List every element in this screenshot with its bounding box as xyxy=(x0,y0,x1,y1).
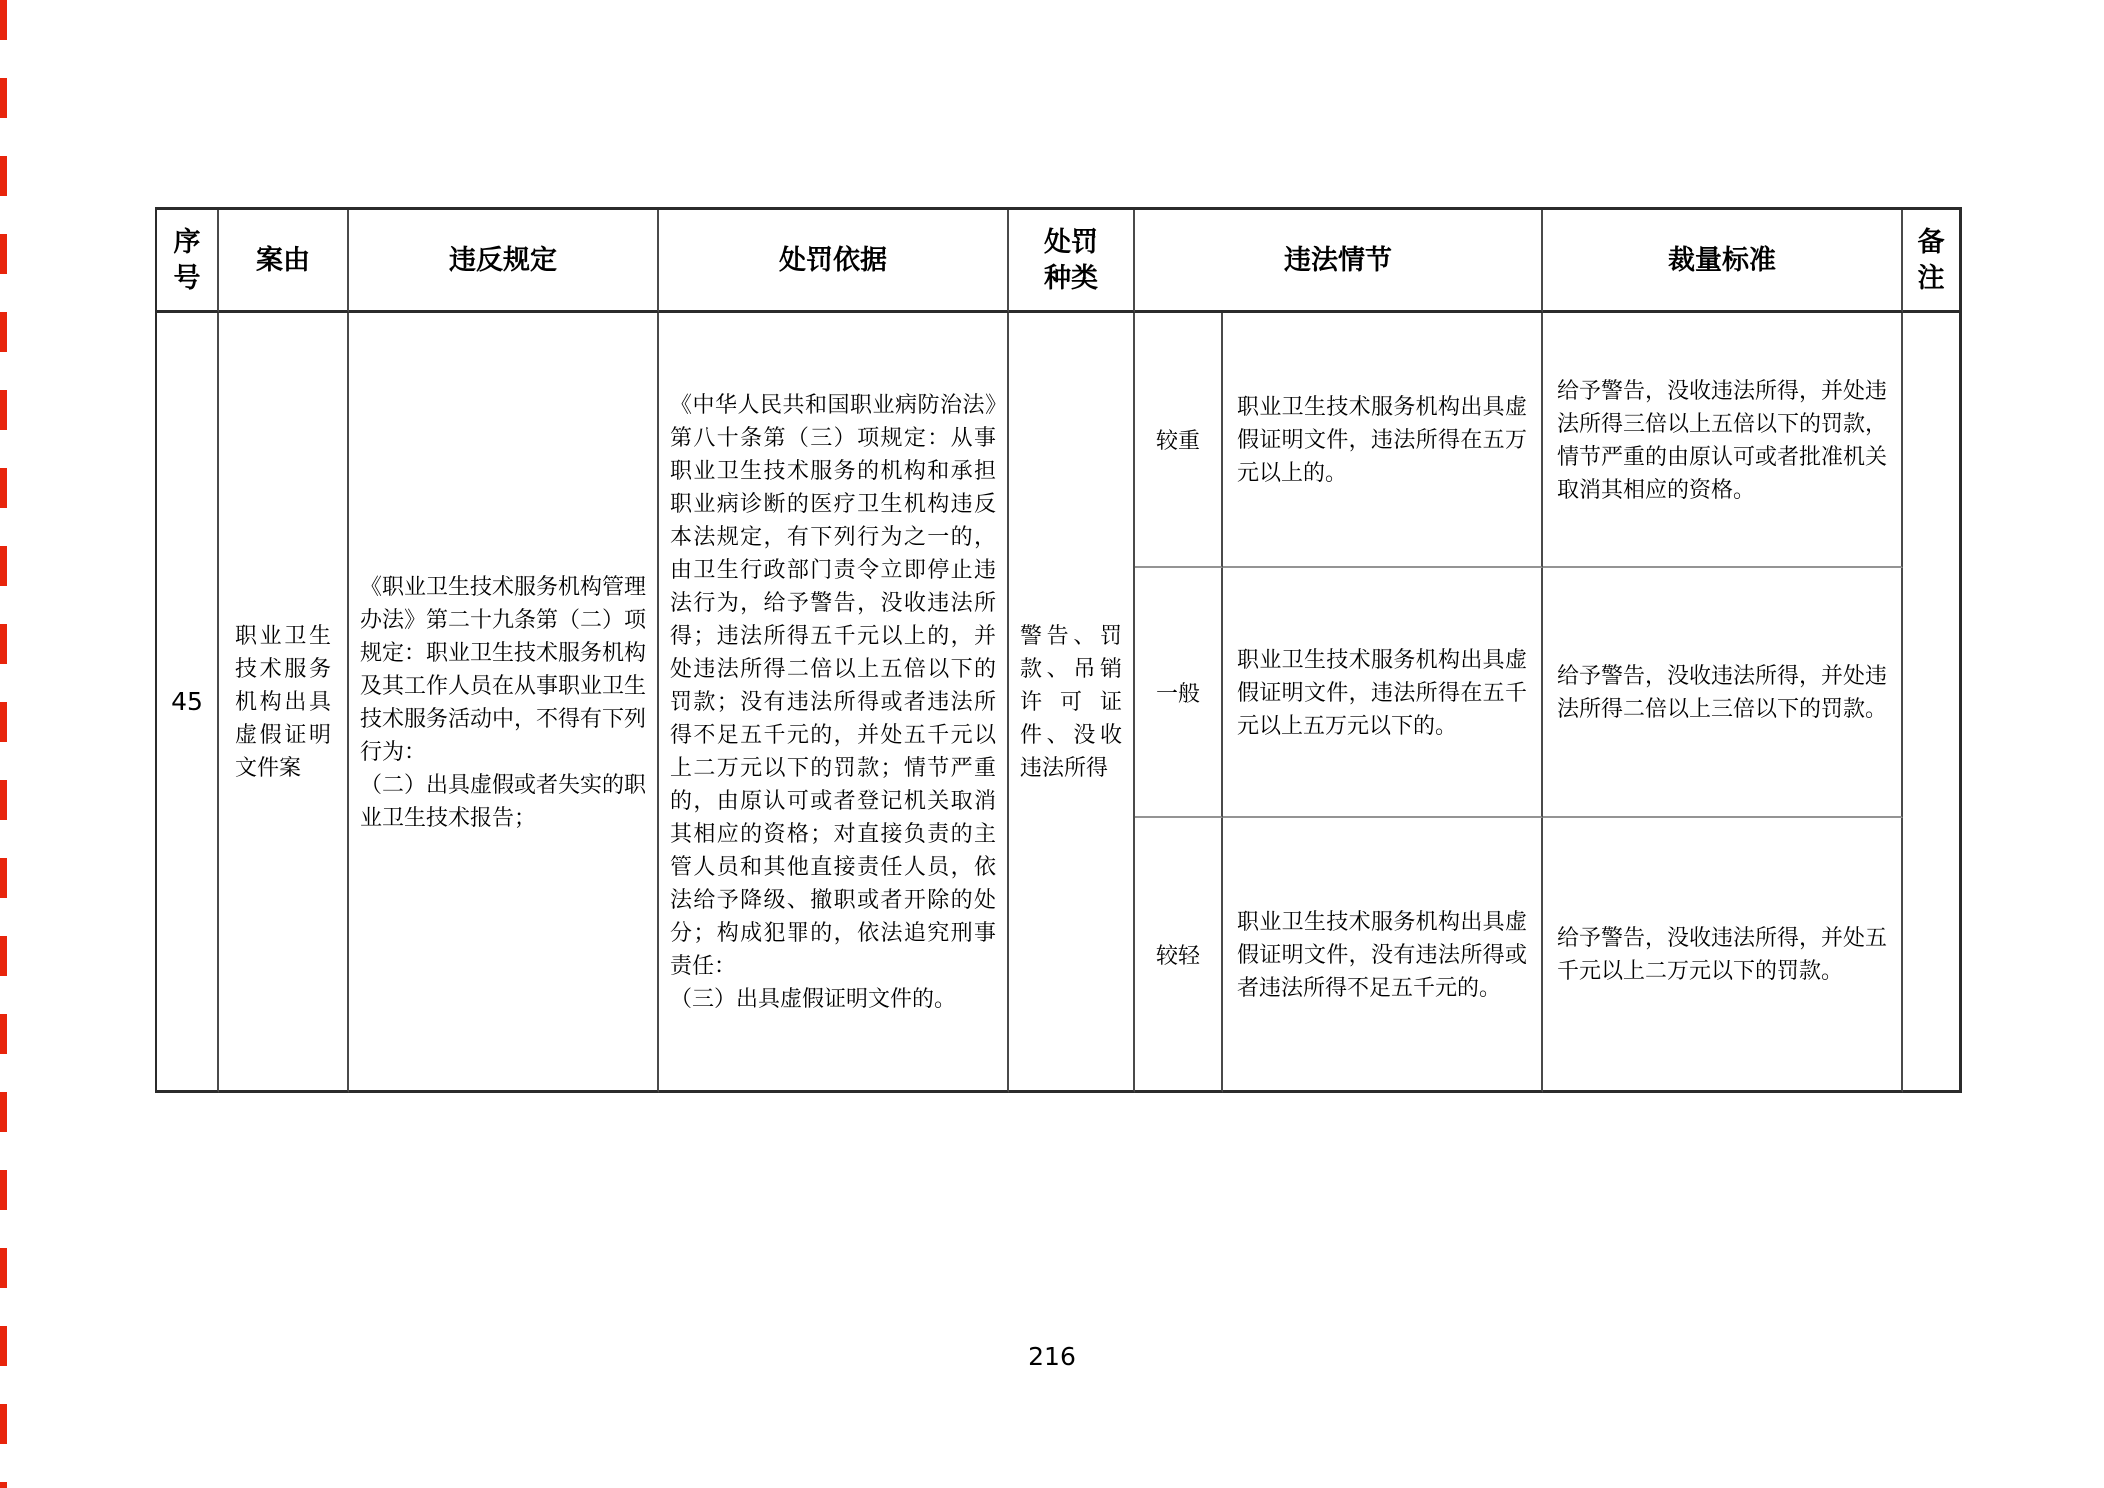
penalty-types-text: 警告、罚款、吊销许可证件、没收违法所得 xyxy=(1020,619,1122,784)
header-discretion-standard: 裁量标准 xyxy=(1543,210,1903,313)
cell-circumstance-1: 职业卫生技术服务机构出具虚假证明文件，违法所得在五千元以上五万元以下的。 xyxy=(1223,568,1543,818)
header-penalty-types: 处罚种类 xyxy=(1009,210,1135,313)
header-circumstances-label: 违法情节 xyxy=(1284,242,1392,278)
header-penalty-types-label: 处罚种类 xyxy=(1040,224,1102,296)
header-remark: 备注 xyxy=(1903,210,1962,313)
header-case-label: 案由 xyxy=(256,242,310,278)
header-penalty-basis-label: 处罚依据 xyxy=(779,242,887,278)
circumstance-1-text: 职业卫生技术服务机构出具虚假证明文件，违法所得在五千元以上五万元以下的。 xyxy=(1237,643,1527,742)
header-seq-label: 序号 xyxy=(170,224,204,296)
severity-0-label: 较重 xyxy=(1156,424,1200,455)
cell-standard-1: 给予警告，没收违法所得，并处违法所得二倍以上三倍以下的罚款。 xyxy=(1543,568,1903,818)
cell-penalty-types: 警告、罚款、吊销许可证件、没收违法所得 xyxy=(1009,313,1135,1093)
left-edge-marks xyxy=(0,0,7,1488)
cell-penalty-basis: 《中华人民共和国职业病防治法》第八十条第（三）项规定：从事职业卫生技术服务的机构… xyxy=(659,313,1009,1093)
cell-seq: 45 xyxy=(157,313,219,1093)
circumstance-0-text: 职业卫生技术服务机构出具虚假证明文件，违法所得在五万元以上的。 xyxy=(1237,390,1527,489)
document-page: 序号 案由 违反规定 处罚依据 处罚种类 违法情节 裁量标准 备注 45 职业卫… xyxy=(0,0,2104,1488)
header-violated-provision-label: 违反规定 xyxy=(449,242,557,278)
cell-standard-2: 给予警告，没收违法所得，并处五千元以上二万元以下的罚款。 xyxy=(1543,818,1903,1093)
header-case: 案由 xyxy=(219,210,349,313)
header-penalty-basis: 处罚依据 xyxy=(659,210,1009,313)
penalty-basis-text: 《中华人民共和国职业病防治法》第八十条第（三）项规定：从事职业卫生技术服务的机构… xyxy=(670,388,996,1015)
header-remark-label: 备注 xyxy=(1914,224,1948,296)
circumstance-2-text: 职业卫生技术服务机构出具虚假证明文件，没有违法所得或者违法所得不足五千元的。 xyxy=(1237,905,1527,1004)
standard-0-text: 给予警告，没收违法所得，并处违法所得三倍以上五倍以下的罚款，情节严重的由原认可或… xyxy=(1557,374,1887,506)
header-circumstances: 违法情节 xyxy=(1135,210,1543,313)
severity-2-label: 较轻 xyxy=(1156,939,1200,970)
violated-provision-text: 《职业卫生技术服务机构管理办法》第二十九条第（二）项规定：职业卫生技术服务机构及… xyxy=(360,570,646,834)
cell-remark xyxy=(1903,313,1962,1093)
standard-1-text: 给予警告，没收违法所得，并处违法所得二倍以上三倍以下的罚款。 xyxy=(1557,659,1887,725)
case-title-text: 职业卫生技术服务机构出具虚假证明文件案 xyxy=(235,619,331,784)
seq-value: 45 xyxy=(171,687,203,716)
cell-circumstance-2: 职业卫生技术服务机构出具虚假证明文件，没有违法所得或者违法所得不足五千元的。 xyxy=(1223,818,1543,1093)
cell-severity-1: 一般 xyxy=(1135,568,1223,818)
penalty-discretion-table: 序号 案由 违反规定 处罚依据 处罚种类 违法情节 裁量标准 备注 45 职业卫… xyxy=(155,207,1962,1093)
cell-standard-0: 给予警告，没收违法所得，并处违法所得三倍以上五倍以下的罚款，情节严重的由原认可或… xyxy=(1543,313,1903,568)
standard-2-text: 给予警告，没收违法所得，并处五千元以上二万元以下的罚款。 xyxy=(1557,921,1887,987)
header-seq: 序号 xyxy=(157,210,219,313)
header-violated-provision: 违反规定 xyxy=(349,210,659,313)
page-number: 216 xyxy=(0,1342,2104,1371)
cell-circumstance-0: 职业卫生技术服务机构出具虚假证明文件，违法所得在五万元以上的。 xyxy=(1223,313,1543,568)
severity-1-label: 一般 xyxy=(1156,677,1200,708)
cell-severity-2: 较轻 xyxy=(1135,818,1223,1093)
header-discretion-standard-label: 裁量标准 xyxy=(1668,242,1776,278)
cell-violated-provision: 《职业卫生技术服务机构管理办法》第二十九条第（二）项规定：职业卫生技术服务机构及… xyxy=(349,313,659,1093)
cell-case-title: 职业卫生技术服务机构出具虚假证明文件案 xyxy=(219,313,349,1093)
cell-severity-0: 较重 xyxy=(1135,313,1223,568)
